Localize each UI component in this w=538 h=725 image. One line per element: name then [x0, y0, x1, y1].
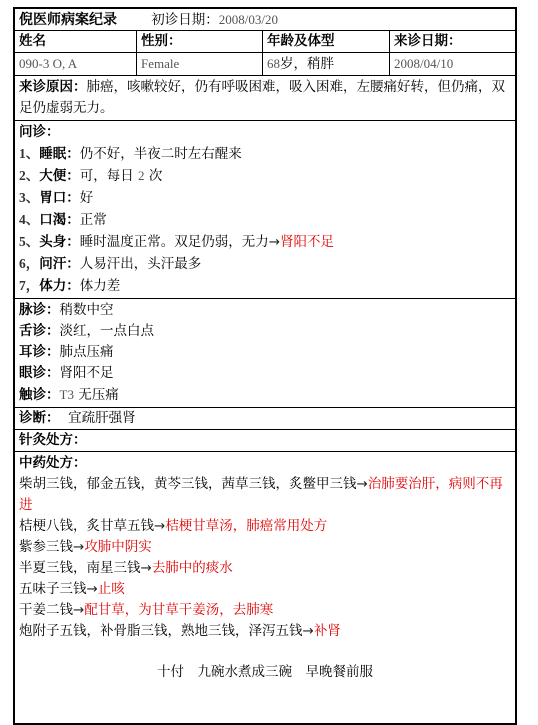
exam-label: 脉诊：: [19, 302, 60, 318]
arrow-right-icon: →: [303, 623, 314, 639]
medical-record-sheet: 倪医师病案纪录 初诊日期：2008/03/20 姓名 性别： 年龄及体型 来诊日…: [13, 7, 517, 725]
item-label: 大便：: [39, 168, 80, 184]
item-number: 1、: [19, 146, 39, 161]
item-number: 4、: [19, 212, 39, 227]
item-text: 可，每日: [80, 168, 138, 184]
item-text: 好: [80, 190, 94, 206]
patient-gender: Female: [137, 53, 263, 75]
exam-text: 无压痛: [74, 387, 119, 403]
herbal-line: 柴胡三钱，郁金五钱，黄芩三钱，茜草三钱，炙鳖甲三钱→治肺要治肝，病则不再进: [19, 474, 511, 516]
exam-text: 肾阳不足: [60, 365, 114, 381]
exam-pulse: 脉诊：稍数中空: [19, 300, 511, 321]
exam-label: 舌诊：: [19, 323, 60, 339]
inquiry-section: 问诊： 1、睡眠：仍不好，半夜二时左右醒来 2、大便：可，每日 2 次 3、胃口…: [15, 121, 515, 299]
herbal-line: 干姜二钱→配甘草，为甘草干姜汤，去肺寒: [19, 600, 511, 621]
herb-list: 紫参三钱: [19, 539, 73, 555]
reason-text: 肺癌，咳嗽较好，仍有呼吸困难，吸入困难，左腰痛好转，但仍痛，双足仍虚弱无力。: [19, 79, 505, 116]
header-visit-date: 来诊日期：: [390, 31, 515, 52]
header-gender: 性别：: [137, 31, 263, 52]
herbal-line: 桔梗八钱，炙甘草五钱→桔梗甘草汤，肺癌常用处方: [19, 516, 511, 537]
exam-label: 触诊：: [19, 387, 60, 403]
herbal-line: 五味子三钱→止咳: [19, 579, 511, 600]
header-age: 年龄及体型: [263, 31, 390, 52]
examination-section: 脉诊：稍数中空 舌诊：淡红，一点白点 耳诊：肺点压痛 眼诊：肾阳不足 触诊：T3…: [15, 299, 515, 408]
item-text: 仍不好，半夜二时左右醒来: [80, 146, 242, 162]
herbal-line: 半夏三钱，南星三钱→去肺中的痰水: [19, 558, 511, 579]
item-note: 肾阳不足: [280, 234, 334, 250]
record-title-row: 倪医师病案纪录 初诊日期：2008/03/20: [15, 9, 515, 31]
item-label: 体力：: [39, 278, 80, 294]
diagnosis-section: 诊断： 宜疏肝强肾: [15, 408, 515, 430]
exam-text: 肺点压痛: [60, 344, 114, 360]
diagnosis-label: 诊断：: [19, 410, 60, 426]
inquiry-item-head-body: 5、头身：睡时温度正常。双足仍弱，无力→肾阳不足: [19, 231, 511, 253]
herb-list: 桔梗八钱，炙甘草五钱: [19, 518, 154, 534]
exam-palpation: 触诊：T3 无压痛: [19, 384, 511, 406]
diagnosis-text: 宜疏肝强肾: [68, 410, 136, 426]
inquiry-label: 问诊：: [19, 122, 511, 143]
item-number: 3、: [19, 190, 39, 205]
herb-note: 去肺中的痰水: [152, 560, 233, 576]
item-number: 7，: [19, 278, 39, 293]
inquiry-item-stamina: 7，体力：体力差: [19, 275, 511, 297]
herbal-line: 炮附子五钱，补骨脂三钱，熟地三钱，泽泻五钱→补肾: [19, 621, 511, 642]
item-text: 睡时温度正常。双足仍弱，无力: [80, 234, 269, 250]
herb-note: 配甘草，为甘草干姜汤，去肺寒: [84, 602, 273, 618]
exam-eye: 眼诊：肾阳不足: [19, 363, 511, 384]
item-number: 5、: [19, 234, 39, 249]
item-text: 正常: [80, 212, 107, 228]
exam-text: 稍数中空: [60, 302, 114, 318]
patient-values-row: 090-3 O, A Female 68岁，稍胖 2008/04/10: [15, 53, 515, 76]
acupuncture-label: 针灸处方：: [19, 432, 87, 448]
herbal-line: 紫参三钱→攻肺中阴实: [19, 537, 511, 558]
age-number: 68: [267, 56, 280, 71]
item-label: 头身：: [39, 234, 80, 250]
reason-section: 来诊原因：肺癌，咳嗽较好，仍有呼吸困难，吸入困难，左腰痛好转，但仍痛，双足仍虚弱…: [15, 76, 515, 121]
inquiry-item-sweat: 6，问汗：人易汗出，头汗最多: [19, 253, 511, 275]
item-label: 口渴：: [39, 212, 80, 228]
herb-list: 炮附子五钱，补骨脂三钱，熟地三钱，泽泻五钱: [19, 623, 303, 639]
dosage-instructions: 十付 九碗水煮成三碗 早晚餐前服: [19, 642, 511, 722]
herb-list: 半夏三钱，南星三钱: [19, 560, 141, 576]
item-text: 次: [145, 168, 163, 184]
exam-label: 眼诊：: [19, 365, 60, 381]
patient-age: 68岁，稍胖: [263, 53, 390, 75]
herbal-section: 中药处方： 柴胡三钱，郁金五钱，黄芩三钱，茜草三钱，炙鳖甲三钱→治肺要治肝，病则…: [15, 452, 515, 723]
item-number: 2、: [19, 168, 39, 183]
patient-header-row: 姓名 性别： 年龄及体型 来诊日期：: [15, 31, 515, 53]
herb-note: 补肾: [314, 623, 341, 639]
patient-name: 090-3 O, A: [15, 53, 137, 75]
inquiry-item-thirst: 4、口渴：正常: [19, 209, 511, 231]
herb-list: 干姜二钱: [19, 602, 73, 618]
item-number: 6，: [19, 256, 39, 271]
herbal-label: 中药处方：: [19, 453, 511, 474]
exam-label: 耳诊：: [19, 344, 60, 360]
item-label: 睡眠：: [39, 146, 80, 162]
item-text: 人易汗出，头汗最多: [80, 256, 202, 272]
exam-code: T3: [60, 387, 74, 402]
arrow-right-icon: →: [87, 581, 98, 597]
arrow-right-icon: →: [357, 476, 368, 492]
acupuncture-section: 针灸处方：: [15, 430, 515, 452]
herb-note: 止咳: [98, 581, 125, 597]
inquiry-item-appetite: 3、胃口：好: [19, 187, 511, 209]
first-visit-date: 2008/03/20: [219, 12, 278, 27]
age-description: 岁，稍胖: [280, 56, 334, 72]
record-title: 倪医师病案纪录: [19, 12, 117, 28]
arrow-right-icon: →: [73, 602, 84, 618]
arrow-right-icon: →: [73, 539, 84, 555]
exam-ear: 耳诊：肺点压痛: [19, 342, 511, 363]
first-visit-label: 初诊日期：: [151, 12, 219, 28]
item-label: 问汗：: [39, 256, 80, 272]
reason-label: 来诊原因：: [19, 79, 87, 95]
patient-visit-date: 2008/04/10: [390, 53, 515, 75]
inquiry-item-sleep: 1、睡眠：仍不好，半夜二时左右醒来: [19, 143, 511, 165]
herb-note: 桔梗甘草汤，肺癌常用处方: [165, 518, 327, 534]
herb-list: 五味子三钱: [19, 581, 87, 597]
exam-text: 淡红，一点白点: [60, 323, 155, 339]
arrow-right-icon: →: [154, 518, 165, 534]
item-text: 体力差: [80, 278, 121, 294]
header-name: 姓名: [15, 31, 137, 52]
inquiry-item-stool: 2、大便：可，每日 2 次: [19, 165, 511, 187]
arrow-right-icon: →: [269, 234, 280, 250]
arrow-right-icon: →: [141, 560, 152, 576]
herb-list: 柴胡三钱，郁金五钱，黄芩三钱，茜草三钱，炙鳖甲三钱: [19, 476, 357, 492]
item-label: 胃口：: [39, 190, 80, 206]
exam-tongue: 舌诊：淡红，一点白点: [19, 321, 511, 342]
herb-note: 攻肺中阴实: [84, 539, 152, 555]
